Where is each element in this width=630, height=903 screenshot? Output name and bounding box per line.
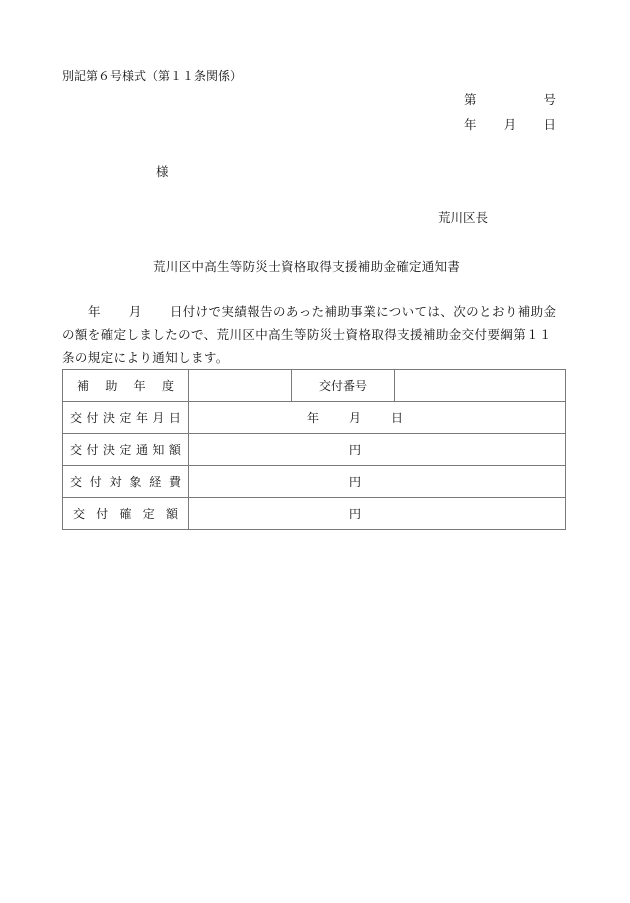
doc-date-year: 年	[464, 115, 477, 133]
value-decision-date[interactable]: 年 月 日	[189, 402, 566, 434]
document-number: 第 号	[464, 90, 556, 108]
label-char: 交	[70, 473, 82, 490]
doc-number-suffix: 号	[543, 90, 556, 108]
label-char: 定	[119, 409, 131, 426]
value-decision-notice-amount[interactable]: 円	[189, 434, 566, 466]
document-title: 荒川区中高生等防災士資格取得支援補助金確定通知書	[153, 257, 460, 275]
body-line-2: の額を確定しましたので、荒川区中高生等防災士資格取得支援補助金交付要綱第１１	[62, 323, 564, 346]
document-date: 年 月 日	[464, 115, 556, 133]
label-char: 確	[119, 505, 131, 522]
value-subsidy-year[interactable]	[189, 370, 292, 402]
yen-unit: 円	[349, 443, 361, 457]
sender: 荒川区長	[438, 208, 488, 226]
table-row-subsidy-year: 補 助 年 度 交付番号	[63, 370, 566, 402]
label-eligible-expenses: 交 付 対 象 経 費	[63, 466, 189, 498]
label-char: 日	[169, 409, 181, 426]
value-confirmed-amount[interactable]: 円	[189, 498, 566, 530]
form-label: 別記第６号様式（第１１条関係）	[62, 67, 242, 84]
body-line-1-text: 日付けで実績報告のあった補助事業については、次のとおり補助金	[170, 304, 557, 319]
label-char: 年	[136, 409, 148, 426]
label-char: 象	[129, 473, 141, 490]
body-paragraph: 年月日付けで実績報告のあった補助事業については、次のとおり補助金 の額を確定しま…	[62, 300, 564, 369]
label-char: 通	[136, 441, 148, 458]
addressee-honorific: 様	[156, 162, 169, 180]
table-row-decision-notice-amount: 交 付 決 定 通 知 額 円	[63, 434, 566, 466]
label-char: 決	[103, 441, 115, 458]
body-line-3: 条の規定により通知します。	[62, 346, 564, 369]
label-char: 付	[96, 505, 108, 522]
label-char: 額	[169, 441, 181, 458]
label-char: 交	[70, 441, 82, 458]
value-eligible-expenses[interactable]: 円	[189, 466, 566, 498]
label-decision-date: 交 付 決 定 年 月 日	[63, 402, 189, 434]
label-subsidy-year: 補 助 年 度	[63, 370, 189, 402]
table-row-confirmed-amount: 交 付 確 定 額 円	[63, 498, 566, 530]
label-char: 付	[86, 441, 98, 458]
label-char: 定	[143, 505, 155, 522]
doc-number-prefix: 第	[464, 90, 477, 108]
label-grant-number: 交付番号	[292, 370, 395, 402]
label-char: 交	[70, 409, 82, 426]
date-month: 月	[349, 409, 361, 426]
body-line-1: 年月日付けで実績報告のあった補助事業については、次のとおり補助金	[62, 300, 564, 323]
subsidy-info-table: 補 助 年 度 交付番号 交 付 決 定 年 月 日 年 月	[62, 369, 566, 530]
body-month: 月	[129, 304, 142, 319]
label-char: 度	[162, 377, 174, 394]
label-char: 費	[169, 473, 181, 490]
label-decision-notice-amount: 交 付 決 定 通 知 額	[63, 434, 189, 466]
doc-date-month: 月	[504, 115, 517, 133]
label-char: 対	[110, 473, 122, 490]
date-year: 年	[307, 409, 319, 426]
yen-unit: 円	[349, 507, 361, 521]
label-char: 付	[86, 409, 98, 426]
yen-unit: 円	[349, 475, 361, 489]
label-char: 知	[152, 441, 164, 458]
doc-date-day: 日	[543, 115, 556, 133]
label-char: 月	[152, 409, 164, 426]
label-char: 付	[90, 473, 102, 490]
value-grant-number[interactable]	[395, 370, 566, 402]
label-char: 決	[103, 409, 115, 426]
label-char: 交	[73, 505, 85, 522]
label-char: 助	[105, 377, 117, 394]
label-char: 経	[149, 473, 161, 490]
label-char: 定	[119, 441, 131, 458]
label-char: 補	[77, 377, 89, 394]
label-char: 額	[166, 505, 178, 522]
table-row-eligible-expenses: 交 付 対 象 経 費 円	[63, 466, 566, 498]
label-char: 年	[134, 377, 146, 394]
date-day: 日	[391, 409, 403, 426]
table-row-decision-date: 交 付 決 定 年 月 日 年 月 日	[63, 402, 566, 434]
body-year: 年	[88, 304, 101, 319]
label-confirmed-amount: 交 付 確 定 額	[63, 498, 189, 530]
